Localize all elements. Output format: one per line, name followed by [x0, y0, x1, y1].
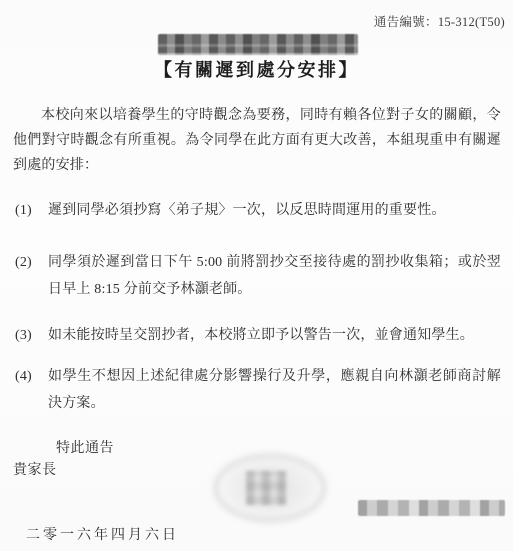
list-item-text: 同學須於遲到當日下午 5:00 前將罰抄交至接待處的罰抄收集箱；或於翌日早上 8… [48, 255, 501, 297]
list-item-number: (3) [15, 322, 32, 349]
scanned-notice-page: 通告編號：15-312(T50) 【有關遲到處分安排】 本校向來以培養學生的守時… [0, 0, 513, 551]
list-item-text: 如未能按時呈交罰抄者，本校將立即予以警告一次，並會通知學生。 [48, 328, 474, 343]
closing-line: 特此通告 [56, 437, 114, 457]
redacted-stamp [206, 447, 334, 529]
document-date: 二零一六年四月六日 [26, 524, 179, 544]
list-item-text: 遲到同學必須抄寫〈弟子規〉一次，以反思時間運用的重要性。 [48, 203, 446, 218]
list-item-4: (4) 如學生不想因上述紀律處分影響操行及升學，應親自向林灝老師商討解決方案。 [15, 363, 501, 417]
list-item-2: (2) 同學須於遲到當日下午 5:00 前將罰抄交至接待處的罰抄收集箱；或於翌日… [15, 249, 501, 303]
salutation: 貴家長 [13, 459, 57, 479]
list-item-number: (4) [15, 363, 32, 390]
list-item-3: (3) 如未能按時呈交罰抄者，本校將立即予以警告一次，並會通知學生。 [15, 322, 501, 349]
redacted-signature [358, 500, 505, 516]
list-item-1: (1) 遲到同學必須抄寫〈弟子規〉一次，以反思時間運用的重要性。 [15, 197, 501, 224]
list-item-text: 如學生不想因上述紀律處分影響操行及升學，應親自向林灝老師商討解決方案。 [48, 369, 501, 411]
redacted-school-name [158, 34, 358, 55]
notice-number: 通告編號：15-312(T50) [374, 12, 505, 30]
list-item-number: (1) [15, 197, 32, 224]
page-title: 【有關遲到處分安排】 [0, 56, 513, 82]
list-item-number: (2) [15, 249, 32, 276]
intro-paragraph: 本校向來以培養學生的守時觀念為要務，同時有賴各位對子女的關顧，令他們對守時觀念有… [13, 103, 501, 178]
